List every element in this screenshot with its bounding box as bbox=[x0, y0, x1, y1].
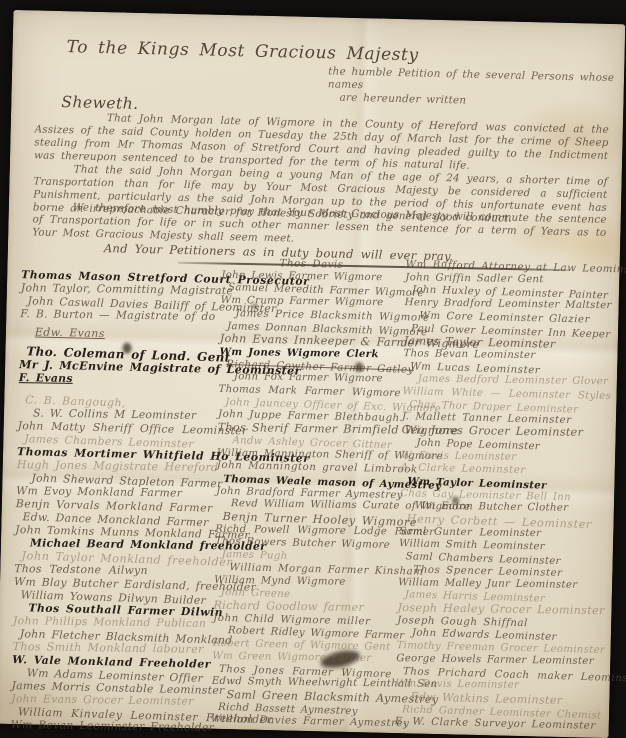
signature-line: F. B. Burton — Magistrate of do bbox=[20, 307, 232, 323]
document-title: To the Kings Most Gracious Majesty bbox=[66, 37, 419, 65]
signature-column-right: Wm Bufford Attorney at Law LeominsterJoh… bbox=[395, 259, 622, 734]
signature-line: Edw. Evans bbox=[35, 325, 232, 343]
signature-line: W. Davis Leominster bbox=[401, 450, 617, 466]
sheweth-heading: Sheweth. bbox=[61, 93, 139, 113]
signature-line: Wm Bevan Leominster Freeholder bbox=[11, 718, 223, 734]
petition-subtitle: the humble Petition of the several Perso… bbox=[327, 65, 624, 111]
signature-column-left: Thomas Mason Stretford Court ProsecutorJ… bbox=[11, 268, 234, 736]
petition-document: To the Kings Most Gracious Majesty the h… bbox=[0, 10, 625, 738]
signature-line: F. Evans bbox=[19, 371, 231, 387]
signature-line: Richd Powell Wigmore Lodge Farmer bbox=[215, 524, 413, 540]
signature-column-middle: Thos DavisJohn Lewis Farmer WigmoreSamue… bbox=[211, 257, 420, 732]
signature-line: William Mannington Sheriff of Wigmore bbox=[217, 447, 415, 463]
